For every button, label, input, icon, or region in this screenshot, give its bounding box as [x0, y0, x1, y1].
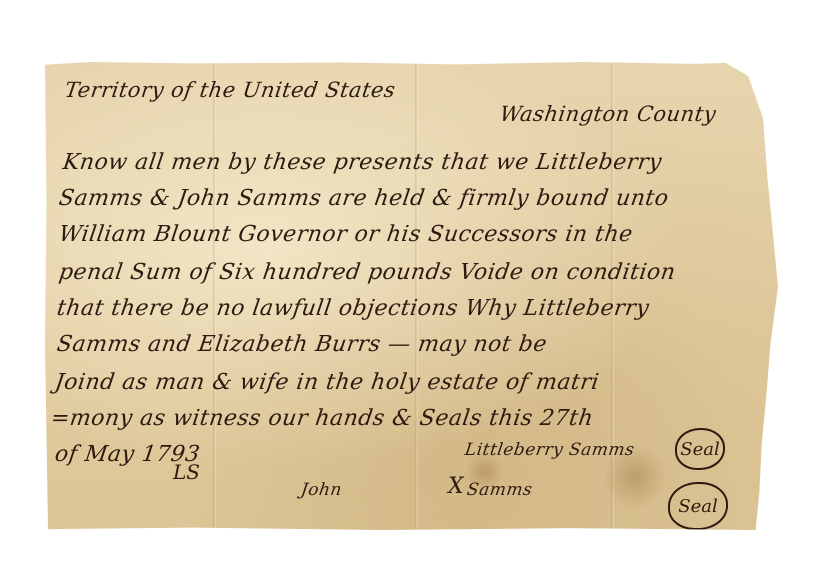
body-line-3: William Blount Governor or his Successor…	[57, 222, 634, 247]
header-territory: Territory of the United States	[63, 78, 397, 102]
header-county: Washington County	[498, 102, 717, 126]
flourish-mark: LS	[173, 460, 200, 484]
document-paper: Territory of the United States Washingto…	[45, 62, 793, 530]
body-line-7: Joind as man & wife in the holy estate o…	[53, 370, 600, 395]
body-line-8: =mony as witness our hands & Seals this …	[49, 406, 595, 431]
signature-samms: Samms	[466, 480, 534, 500]
seal-2-label: Seal	[678, 496, 717, 517]
seal-1: Seal	[675, 428, 725, 470]
signature-mark-x: X	[448, 474, 464, 499]
body-line-6: Samms and Elizabeth Burrs — may not be	[55, 332, 548, 357]
body-line-5: that there be no lawfull objections Why …	[55, 296, 651, 321]
body-line-4: penal Sum of Six hundred pounds Voide on…	[57, 260, 677, 285]
signature-littleberry-samms: Littleberry Samms	[464, 440, 636, 460]
body-line-1: Know all men by these presents that we L…	[61, 150, 663, 175]
seal-2: Seal	[668, 482, 728, 530]
body-line-2: Samms & John Samms are held & firmly bou…	[57, 186, 670, 211]
signature-john: John	[300, 480, 344, 500]
seal-1-label: Seal	[680, 439, 719, 460]
